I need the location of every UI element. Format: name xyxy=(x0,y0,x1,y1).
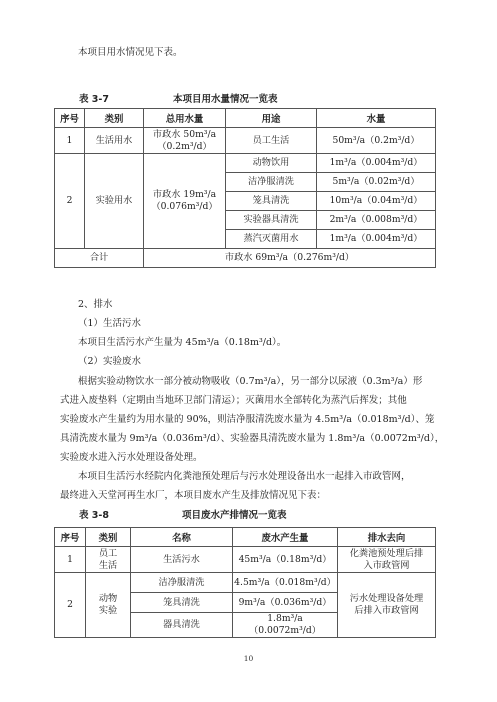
table2-title: 项目废水产排情况一览表 xyxy=(182,507,287,521)
section-heading: 2、排水 xyxy=(78,296,113,310)
subsection-heading: （1）生活污水 xyxy=(78,315,141,329)
category-line: 实验 xyxy=(86,605,130,617)
subsection-heading: （2）实验废水 xyxy=(78,353,141,367)
use-cell: 蒸汽灭菌用水 xyxy=(226,230,317,249)
destination-cell: 化粪池预处理后排入市政管网 xyxy=(338,547,436,573)
paragraph-line: 式进入废垫料（定期由当地环卫部门清运）；灭菌用水全部转化为蒸汽后挥发；其他 xyxy=(60,392,407,406)
intro-text: 本项目用水情况见下表。 xyxy=(78,44,183,58)
amount-cell: 1m³/a（0.004m³/d） xyxy=(317,154,436,173)
table-row: 1 员工生活 生活污水 45m³/a（0.18m³/d） 化粪池预处理后排入市政… xyxy=(55,547,436,573)
total-line: 市政水 19m³/a xyxy=(144,189,225,201)
amount-cell: 45m³/a（0.18m³/d） xyxy=(233,547,338,573)
category-cell: 实验用水 xyxy=(85,154,144,249)
destination-line: 后排入市政管网 xyxy=(338,605,435,617)
header-cell: 名称 xyxy=(131,528,233,547)
name-cell: 洁净服清洗 xyxy=(131,573,233,593)
amount-cell: 9m³/a（0.036m³/d） xyxy=(233,593,338,613)
amount-line: （0.0072m³/d） xyxy=(233,625,337,637)
row-number: 1 xyxy=(55,128,85,154)
table-row: 2 实验用水 市政水 19m³/a（0.076m³/d） 动物饮用 1m³/a（… xyxy=(55,154,436,173)
row-number: 1 xyxy=(55,547,86,573)
total-line: （0.076m³/d） xyxy=(144,201,225,213)
name-cell: 笼具清洗 xyxy=(131,593,233,613)
category-cell: 生活用水 xyxy=(85,128,144,154)
paragraph-line: 根据实验动物饮水一部分被动物吸收（0.7m³/a），另一部分以尿液（0.3m³/… xyxy=(78,373,422,387)
category-line: 生活 xyxy=(86,560,130,572)
use-cell: 笼具清洗 xyxy=(226,192,317,211)
header-cell: 序号 xyxy=(55,109,85,128)
table-header-row: 序号 类别 总用水量 用途 水量 xyxy=(55,109,436,128)
total-label: 合计 xyxy=(55,249,144,268)
destination-line: 入市政管网 xyxy=(338,560,435,572)
destination-line: 化粪池预处理后排 xyxy=(338,548,435,560)
header-cell: 总用水量 xyxy=(144,109,226,128)
category-line: 员工 xyxy=(86,548,130,560)
total-cell: 市政水 19m³/a（0.076m³/d） xyxy=(144,154,226,249)
use-cell: 实验器具清洗 xyxy=(226,211,317,230)
water-usage-table: 序号 类别 总用水量 用途 水量 1 生活用水 市政水 50m³/a（0.2m³… xyxy=(54,108,436,268)
header-cell: 水量 xyxy=(317,109,436,128)
destination-cell: 污水处理设备处理后排入市政管网 xyxy=(338,573,436,638)
category-cell: 员工生活 xyxy=(86,547,131,573)
use-cell: 动物饮用 xyxy=(226,154,317,173)
total-line: 市政水 50m³/a xyxy=(144,129,225,141)
table1-label: 表 3-7 xyxy=(79,91,109,105)
paragraph-line: 实验废水进入污水处理设备处理。 xyxy=(60,449,203,463)
table-row: 1 生活用水 市政水 50m³/a（0.2m³/d） 员工生活 50m³/a（0… xyxy=(55,128,436,154)
category-cell: 动物实验 xyxy=(86,573,131,638)
total-cell: 市政水 50m³/a（0.2m³/d） xyxy=(144,128,226,154)
paragraph-line: 实验废水产生量约为用水量的 90%，则洁净服清洗废水量为 4.5m³/a（0.0… xyxy=(60,411,435,425)
table-header-row: 序号 类别 名称 废水产生量 排水去向 xyxy=(55,528,436,547)
total-line: （0.2m³/d） xyxy=(144,141,225,153)
name-cell: 器具清洗 xyxy=(131,613,233,638)
domestic-sewage-text: 本项目生活污水产生量为 45m³/a（0.18m³/d）。 xyxy=(78,334,286,348)
table-row: 2 动物实验 洁净服清洗 4.5m³/a（0.018m³/d） 污水处理设备处理… xyxy=(55,573,436,593)
wastewater-table: 序号 类别 名称 废水产生量 排水去向 1 员工生活 生活污水 45m³/a（0… xyxy=(54,527,436,638)
category-line: 动物 xyxy=(86,593,130,605)
destination-line: 污水处理设备处理 xyxy=(338,593,435,605)
paragraph-line: 本项目生活污水经院内化粪池预处理后与污水处理设备出水一起排入市政管网， xyxy=(78,468,411,482)
amount-cell: 5m³/a（0.02m³/d） xyxy=(317,173,436,192)
header-cell: 废水产生量 xyxy=(233,528,338,547)
table1-title: 本项目用水量情况一览表 xyxy=(173,91,278,105)
table2-label: 表 3-8 xyxy=(79,507,109,521)
header-cell: 用途 xyxy=(226,109,317,128)
amount-cell: 10m³/a（0.04m³/d） xyxy=(317,192,436,211)
use-cell: 洁净服清洗 xyxy=(226,173,317,192)
paragraph-line: 最终进入天堂河再生水厂，本项目废水产生及排放情况见下表： xyxy=(60,487,326,501)
amount-cell: 1m³/a（0.004m³/d） xyxy=(317,230,436,249)
amount-line: 1.8m³/a xyxy=(233,613,337,625)
header-cell: 类别 xyxy=(86,528,131,547)
total-row: 合计 市政水 69m³/a（0.276m³/d） xyxy=(55,249,436,268)
row-number: 2 xyxy=(55,154,85,249)
header-cell: 排水去向 xyxy=(338,528,436,547)
amount-cell: 50m³/a（0.2m³/d） xyxy=(317,128,436,154)
header-cell: 类别 xyxy=(85,109,144,128)
row-number: 2 xyxy=(55,573,86,638)
name-cell: 生活污水 xyxy=(131,547,233,573)
total-value: 市政水 69m³/a（0.276m³/d） xyxy=(144,249,436,268)
header-cell: 序号 xyxy=(55,528,86,547)
use-cell: 员工生活 xyxy=(226,128,317,154)
page-number: 10 xyxy=(0,654,497,663)
amount-cell: 2m³/a（0.008m³/d） xyxy=(317,211,436,230)
paragraph-line: 具清洗废水量为 9m³/a（0.036m³/d）、实验器具清洗废水量为 1.8m… xyxy=(60,430,444,444)
amount-cell: 1.8m³/a（0.0072m³/d） xyxy=(233,613,338,638)
amount-cell: 4.5m³/a（0.018m³/d） xyxy=(233,573,338,593)
